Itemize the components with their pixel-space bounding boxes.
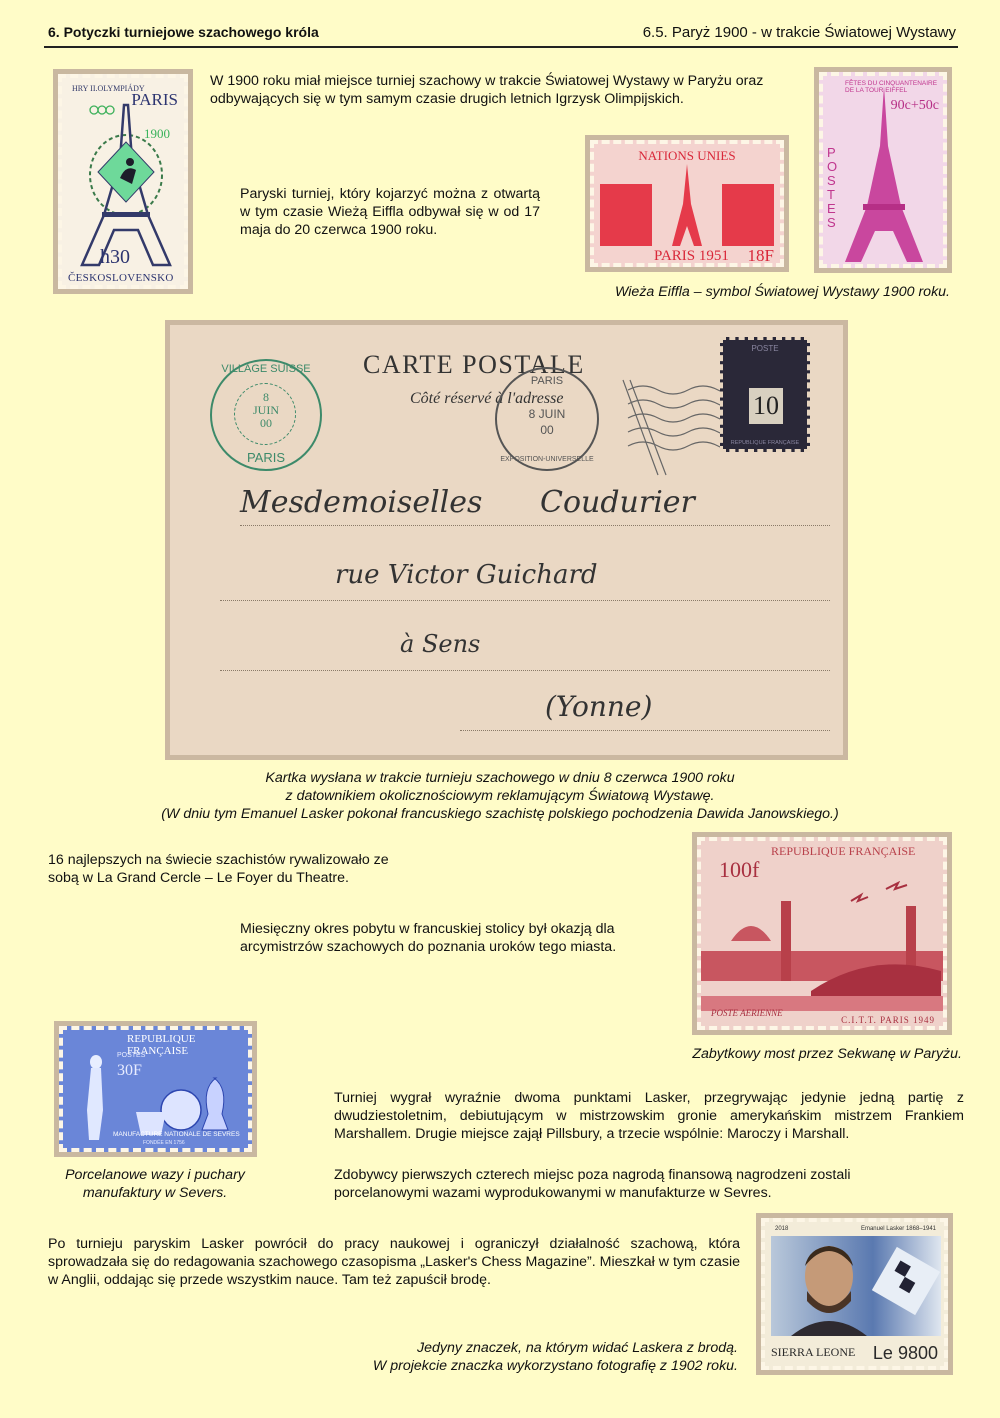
players-paragraph: 16 najlepszych na świecie szachistów ryw…: [48, 851, 408, 887]
stamp-eiffel-cinquantenaire: FÊTES DU CINQUANTENAIRE DE LA TOUR EIFFE…: [814, 67, 952, 273]
cancel-text: 8 JUIN: [497, 407, 597, 421]
stamp-bridge-airmail-1949: REPUBLIQUE FRANÇAISE 100f POSTE AERIENNE…: [692, 832, 952, 1035]
eiffel-paragraph: Paryski turniej, który kojarzyć można z …: [240, 185, 540, 239]
porcelain-vase-illustration: [71, 1040, 251, 1145]
postage-stamp-10c: POSTE 10 REPUBLIQUE FRANÇAISE: [720, 337, 810, 452]
stamp-value: Le 9800: [873, 1343, 938, 1364]
caption-line: Porcelanowe wazy i puchary: [40, 1166, 270, 1184]
stamp-value: 18F: [748, 246, 774, 266]
address-line-3: à Sens: [400, 630, 480, 658]
stamp-text: MANUFACTURE NATIONALE DE SEVRES: [113, 1131, 240, 1138]
stamp-sierra-leone-lasker: 2018 Emanuel Lasker 1868–1941 SIERRA LEO…: [756, 1213, 953, 1375]
stamp-text: FONDÉE EN 1756: [143, 1140, 185, 1146]
cancel-stamp-exposition: PARIS 8 JUIN 00 EXPOSITION-UNIVERSELLE: [495, 367, 599, 471]
caption-line: W projekcie znaczka wykorzystano fotogra…: [340, 1357, 738, 1375]
cancel-text: VILLAGE SUISSE: [212, 363, 320, 375]
stay-paragraph: Miesięczny okres pobytu w francuskiej st…: [240, 920, 680, 956]
stamp-text: POSTES: [827, 146, 839, 230]
winner-paragraph: Turniej wygrał wyraźnie dwoma punktami L…: [334, 1089, 964, 1143]
stamp-text: 2018: [775, 1226, 788, 1232]
bridge-caption: Zabytkowy most przez Sekwanę w Paryżu.: [640, 1045, 962, 1063]
stamp-value: 100f: [719, 857, 759, 883]
intro-paragraph: W 1900 roku miał miejsce turniej szachow…: [210, 72, 790, 108]
cancel-text: PARIS: [212, 450, 320, 465]
stamp-country: SIERRA LEONE: [771, 1345, 855, 1360]
lasker-caption: Jedyny znaczek, na którym widać Laskera …: [340, 1339, 738, 1375]
stamp-text: Emanuel Lasker 1868–1941: [861, 1226, 936, 1232]
after-tournament-paragraph: Po turnieju paryskim Lasker powrócił do …: [48, 1235, 740, 1289]
stamp-text: PARIS 1951: [654, 248, 729, 265]
bridge-illustration: [701, 881, 945, 1011]
cancel-stamp-village-suisse: VILLAGE SUISSE 8 JUIN 00 PARIS: [210, 359, 322, 471]
cancel-text: PARIS: [497, 375, 597, 387]
stamp-value: h30: [100, 246, 130, 269]
stamp-nations-unies-1951: NATIONS UNIES PARIS 1951 18F: [585, 135, 789, 272]
caption-line: Kartka wysłana w trakcie turnieju szacho…: [100, 769, 900, 787]
caption-line: (W dniu tym Emanuel Lasker pokonał franc…: [100, 805, 900, 823]
stamp-text: POSTE AERIENNE: [711, 1008, 783, 1018]
address-line-1a: Mesdemoiselles: [240, 485, 482, 520]
stamp-country: ČESKOSLOVENSKO: [68, 272, 174, 284]
stamp-text: POSTE: [723, 344, 807, 353]
stamp-text: NATIONS UNIES: [594, 148, 780, 164]
stamp-value: 10: [749, 388, 783, 424]
stamp-sevres-manufacture: REPUBLIQUE FRANÇAISE POSTES 30F MANUFACT…: [54, 1021, 257, 1157]
caption-line: manufaktury w Severs.: [40, 1184, 270, 1202]
eiffel-tower-icon: [74, 100, 184, 270]
postcard-caption: Kartka wysłana w trakcie turnieju szacho…: [100, 769, 900, 823]
cancel-text: EXPOSITION-UNIVERSELLE: [497, 456, 597, 463]
address-line-4: (Yonne): [545, 690, 652, 723]
address-line-2: rue Victor Guichard: [335, 560, 598, 590]
caption-line: Jedyny znaczek, na którym widać Laskera …: [340, 1339, 738, 1357]
cancel-date: 8 JUIN 00: [212, 391, 320, 430]
chapter-title: 6. Potyczki turniejowe szachowego króla: [48, 24, 319, 40]
postcard-image: CARTE POSTALE Côté réservé à l'adresse V…: [165, 320, 848, 760]
eiffel-stamps-caption: Wieża Eiffla – symbol Światowej Wystawy …: [560, 283, 950, 301]
address-line-1b: Coudurier: [540, 485, 695, 520]
stamp-text: REPUBLIQUE FRANÇAISE: [771, 844, 915, 859]
stamp-text: C.I.T.T. PARIS 1949: [841, 1015, 935, 1025]
stamp-text: REPUBLIQUE FRANÇAISE: [723, 440, 807, 446]
cancel-text: 00: [212, 417, 320, 430]
cancel-text: 00: [497, 423, 597, 437]
prizes-paragraph: Zdobywcy pierwszych czterech miejsc poza…: [334, 1166, 894, 1202]
portrait-illustration: [771, 1236, 941, 1336]
section-title: 6.5. Paryż 1900 - w trakcie Światowej Wy…: [643, 24, 956, 41]
eiffel-tower-icon: [839, 86, 929, 266]
sevres-caption: Porcelanowe wazy i puchary manufaktury w…: [40, 1166, 270, 1202]
caption-line: z datownikiem okolicznościowym reklamują…: [100, 787, 900, 805]
header-divider: [44, 46, 958, 48]
stamp-czechoslovakia-olympics: HRY II.OLYMPIÁDY PARIS 1900 h30 ČESKOSLO…: [53, 69, 193, 294]
lasker-portrait: [771, 1236, 941, 1336]
eiffel-tower-icon: [594, 164, 780, 246]
